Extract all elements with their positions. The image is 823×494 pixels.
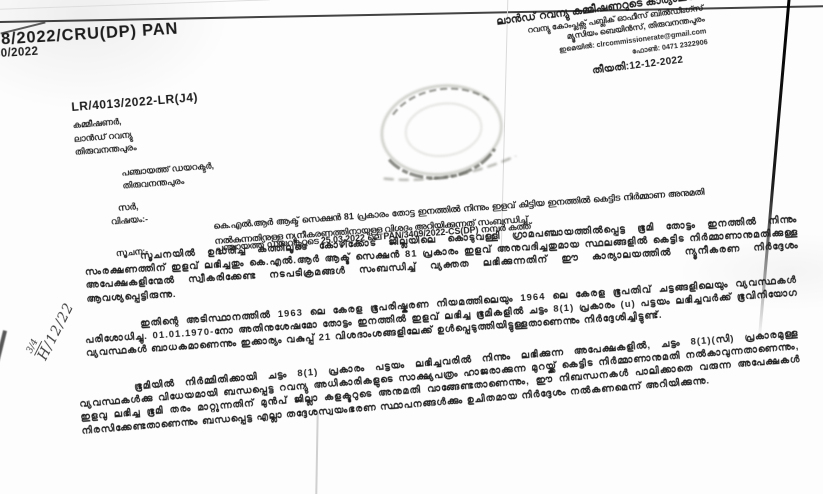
salutation: സർ,: [118, 201, 139, 214]
file-ref-number-primary: 8/2022/CRU(DP) PAN: [1, 20, 179, 50]
scanned-letter-page: 8/2022/CRU(DP) PAN 60/2022 ലാൻഡ് റവന്യു …: [0, 0, 823, 494]
scan-wrinkle-line: [0, 0, 270, 10]
scan-left-edge-mark: [0, 330, 7, 372]
file-ref-number-secondary: 60/2022: [0, 46, 39, 61]
paper-crease-bottom: [315, 412, 318, 494]
subject-label: വിഷയം:-: [111, 214, 149, 228]
sender-block: LR/4013/2022-LR(J4) കമ്മീഷണർ, ലാൻഡ് റവന്…: [71, 90, 202, 159]
handwritten-date: H/12/22: [35, 300, 78, 363]
recipient-block: പഞ്ചായത്ത് ഡയറക്ടർ, തിരുവനന്തപുരം: [121, 159, 215, 192]
handwritten-margin-note: 3/4 H/12/22: [18, 292, 77, 363]
office-seal-icon: [359, 64, 526, 202]
